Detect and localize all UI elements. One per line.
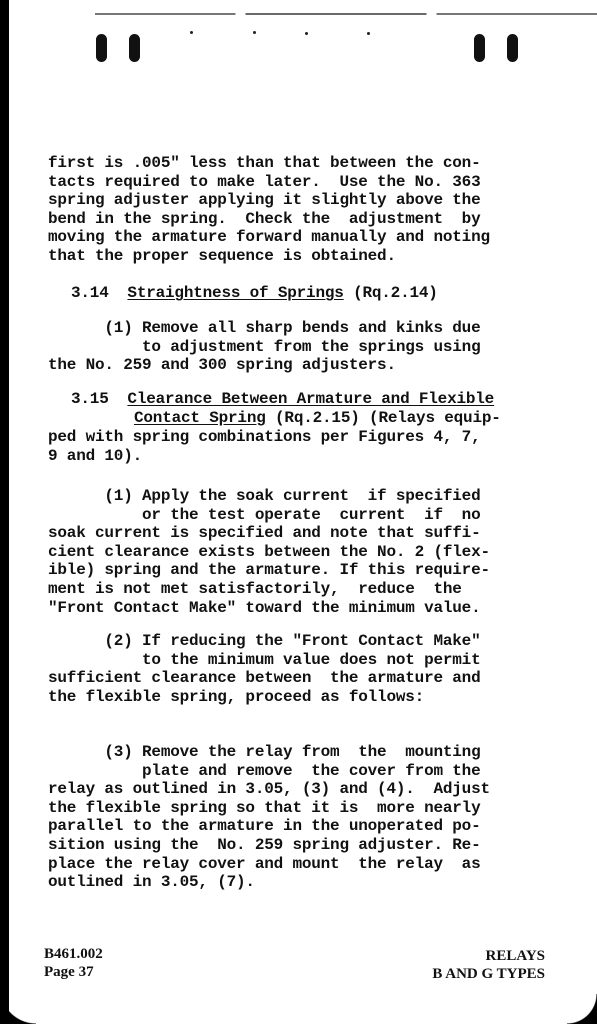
section-reference: (Rq.2.14) [353, 284, 438, 302]
section-3-15-heading: 3.15 Clearance Between Armature and Flex… [71, 390, 494, 408]
scan-speck [367, 32, 370, 35]
section-title-line1: Clearance Between Armature and Flexible [127, 390, 494, 408]
footer-left: B461.002 Page 37 [44, 945, 103, 981]
section-number: 3.14 [71, 284, 109, 302]
section-3-15-item-2: (2) If reducing the "Front Contact Make"… [48, 632, 552, 706]
footer-subtitle: B AND G TYPES [432, 966, 545, 982]
section-3-15-item-1: (1) Apply the soak current if specified … [48, 487, 552, 617]
section-3-14-item-1: (1) Remove all sharp bends and kinks due… [48, 319, 552, 375]
punch-hole [129, 34, 140, 62]
punch-hole [474, 34, 485, 62]
doc-number: B461.002 [44, 946, 103, 962]
section-3-15-continuation: ped with spring combinations per Figures… [48, 428, 552, 465]
footer-subject: RELAYS [486, 948, 545, 964]
page-corner [567, 994, 597, 1024]
section-title-line2: Contact Spring [134, 409, 266, 427]
section-3-15-item-3: (3) Remove the relay from the mounting p… [48, 743, 552, 892]
scan-speck [190, 31, 193, 34]
scan-speck [305, 32, 308, 35]
page-number: Page 37 [44, 964, 94, 980]
top-rule [95, 13, 597, 15]
section-3-14-heading: 3.14 Straightness of Springs (Rq.2.14) [71, 284, 438, 302]
section-reference: (Rq.2.15) (Relays equip- [266, 409, 501, 427]
scan-edge [0, 0, 9, 1024]
punch-hole [507, 34, 518, 62]
intro-paragraph: first is .005" less than that between th… [48, 154, 552, 266]
section-number: 3.15 [71, 390, 109, 408]
footer-right: RELAYS B AND G TYPES [432, 947, 545, 983]
punch-hole [96, 34, 107, 62]
scan-speck [253, 31, 256, 34]
page-corner [0, 988, 36, 1024]
section-3-15-heading-line2: Contact Spring (Rq.2.15) (Relays equip- [134, 409, 501, 427]
section-title: Straightness of Springs [127, 284, 343, 302]
